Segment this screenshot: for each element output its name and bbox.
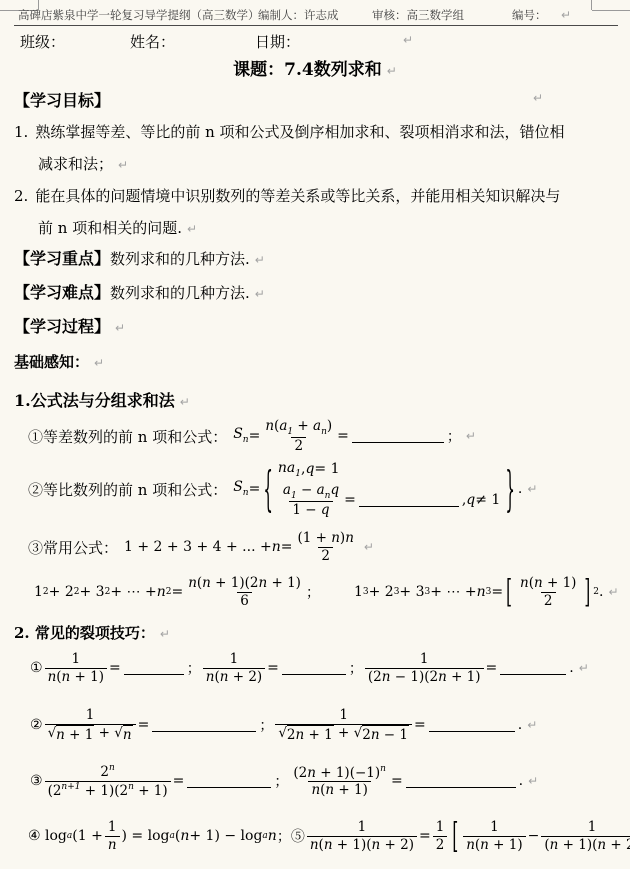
- split-formula-3: ③ 2n(2n+1 + 1)(2n + 1) = ；(2n + 1)(−1)nn…: [30, 763, 523, 798]
- objective-1-line-2: 减求和法；↵: [14, 148, 620, 181]
- split-row-3: ③ 2n(2n+1 + 1)(2n + 1) = ；(2n + 1)(−1)nn…: [30, 756, 538, 806]
- paragraph-mark: ↵: [180, 395, 190, 409]
- objective-2-text-cont: 前 n 项和相关的问题.: [38, 219, 182, 237]
- objective-2-number: 2.: [14, 187, 28, 205]
- name-label: 姓名：: [130, 31, 175, 52]
- perception-heading: 基础感知：↵: [14, 351, 104, 372]
- objective-2-line-2: 前 n 项和相关的问题.↵: [14, 212, 620, 245]
- key-point-row: 【学习重点】数列求和的几种方法.↵: [14, 246, 265, 269]
- geo-sum-formula-row: ②等比数列的前 n 项和公式： Sn = {na1, q = 1a1 − anq…: [28, 456, 537, 522]
- power-sums-row: 12 + 22 + 32 + ⋯ + n2 = n(n + 1)(2n + 1)…: [34, 570, 619, 614]
- paragraph-mark: ↵: [403, 33, 413, 47]
- paragraph-mark: ↵: [466, 429, 476, 443]
- date-label: 日期：: [255, 31, 300, 52]
- objective-2-line-1: 2.能在具体的问题情境中识别数列的等差关系或等比关系，并能用相关知识解决与: [14, 180, 620, 212]
- paragraph-mark: ↵: [579, 661, 589, 675]
- page-header: 高碑店紫泉中学一轮复习导学提纲（高三数学） 编制人：许志成 审核：高三数学组 编…: [0, 7, 630, 23]
- paragraph-mark: ↵: [94, 356, 104, 370]
- paragraph-mark: ↵: [527, 482, 537, 496]
- objective-2-text: 能在具体的问题情境中识别数列的等差关系或等比关系，并能用相关知识解决与: [35, 187, 560, 205]
- objective-1-number: 1.: [14, 123, 28, 141]
- objective-item-2: 2.能在具体的问题情境中识别数列的等差关系或等比关系，并能用相关知识解决与 前 …: [14, 180, 620, 245]
- difficulty-row: 【学习难点】数列求和的几种方法.↵: [14, 280, 265, 303]
- paragraph-mark: ↵: [187, 222, 197, 236]
- split-formula-4-5: ④ loga(1 + 1n) = loga(n + 1) − loga n ；⑤…: [28, 819, 630, 852]
- difficulty-text: 数列求和的几种方法.: [110, 284, 250, 302]
- key-point-heading: 【学习重点】: [14, 249, 110, 268]
- header-number: 编号：: [512, 7, 547, 23]
- method1-heading: 1.公式法与分组求和法↵: [14, 388, 190, 411]
- objective-1-text: 熟练掌握等差、等比的前 n 项和公式及倒序相加求和、裂项相消求和法，错位相: [35, 123, 564, 141]
- paragraph-mark: ↵: [561, 8, 571, 22]
- worksheet-page: 高碑店紫泉中学一轮复习导学提纲（高三数学） 编制人：许志成 审核：高三数学组 编…: [0, 0, 630, 869]
- key-point-text: 数列求和的几种方法.: [110, 250, 250, 268]
- common-formula-row: ③常用公式： 1 + 2 + 3 + 4 + ... + n = (1 + n)…: [28, 526, 374, 568]
- header-reviewer: 审核：高三数学组: [372, 7, 464, 23]
- split-formula-2: ② 1√n + 1 + √n = ；1√2n + 1 + √2n − 1 = .: [30, 707, 522, 742]
- process-heading: 【学习过程】↵: [14, 314, 125, 337]
- header-rule: [14, 25, 618, 26]
- split-formula-1: ① 1n(n + 1) = ；1n(n + 2) = ；1(2n − 1)(2n…: [30, 651, 574, 684]
- paragraph-mark: ↵: [533, 91, 543, 105]
- geo-sum-lead: ②等比数列的前 n 项和公式：: [28, 479, 227, 500]
- natural-sum-formula: 1 + 2 + 3 + 4 + ... + n = (1 + n)n2: [124, 530, 359, 563]
- squares-sum-formula: 12 + 22 + 32 + ⋯ + n2 = n(n + 1)(2n + 1)…: [34, 575, 320, 608]
- objectives-heading: 【学习目标】 ↵: [14, 88, 620, 111]
- paragraph-mark: ↵: [255, 253, 265, 267]
- perception-heading-text: 基础感知：: [14, 353, 89, 371]
- paragraph-mark: ↵: [608, 585, 618, 599]
- difficulty-heading: 【学习难点】: [14, 283, 110, 302]
- paragraph-mark: ↵: [255, 287, 265, 301]
- paragraph-mark: ↵: [160, 627, 170, 641]
- cubes-sum-formula: 13 + 23 + 33 + ⋯ + n3 = [n(n + 1)2]2 .: [354, 575, 604, 608]
- geo-sum-formula: Sn = {na1, q = 1a1 − anq1 − q = , q ≠ 1}…: [233, 460, 522, 519]
- paragraph-mark: ↵: [527, 718, 537, 732]
- objectives-heading-text: 【学习目标】: [14, 91, 110, 110]
- arith-sum-lead: ①等差数列的前 n 项和公式：: [28, 426, 227, 447]
- objective-1-text-cont: 减求和法；: [38, 155, 113, 173]
- paragraph-mark: ↵: [115, 321, 125, 335]
- header-school-title: 高碑店紫泉中学一轮复习导学提纲（高三数学）: [18, 7, 260, 23]
- class-label: 班级：: [20, 31, 65, 52]
- paragraph-mark: ↵: [118, 158, 128, 172]
- page-title: 课题：7.4数列求和↵: [0, 55, 630, 80]
- method1-heading-text: 1.公式法与分组求和法: [14, 391, 175, 410]
- split-row-4-5: ④ loga(1 + 1n) = loga(n + 1) − loga n ；⑤…: [28, 810, 630, 862]
- paragraph-mark: ↵: [528, 774, 538, 788]
- arith-sum-formula-row: ①等差数列的前 n 项和公式： Sn = n(a1 + an)2 = ； ↵: [28, 414, 476, 458]
- page-title-text: 课题：7.4数列求和: [233, 60, 382, 80]
- split-row-1: ① 1n(n + 1) = ；1n(n + 2) = ；1(2n − 1)(2n…: [30, 644, 589, 692]
- objective-1-line-1: 1.熟练掌握等差、等比的前 n 项和公式及倒序相加求和、裂项相消求和法，错位相: [14, 116, 620, 148]
- method2-heading-text: 2. 常见的裂项技巧：: [14, 624, 155, 642]
- paragraph-mark: ↵: [364, 540, 374, 554]
- header-author: 编制人：许志成: [258, 7, 339, 23]
- objective-item-1: 1.熟练掌握等差、等比的前 n 项和公式及倒序相加求和、裂项相消求和法，错位相 …: [14, 116, 620, 181]
- method2-heading: 2. 常见的裂项技巧：↵: [14, 622, 170, 643]
- split-row-2: ② 1√n + 1 + √n = ；1√2n + 1 + √2n − 1 = .…: [30, 700, 537, 750]
- common-formula-lead: ③常用公式：: [28, 537, 118, 558]
- paragraph-mark: ↵: [387, 64, 397, 78]
- process-heading-text: 【学习过程】: [14, 317, 110, 336]
- arith-sum-formula: Sn = n(a1 + an)2 = ；: [233, 418, 461, 455]
